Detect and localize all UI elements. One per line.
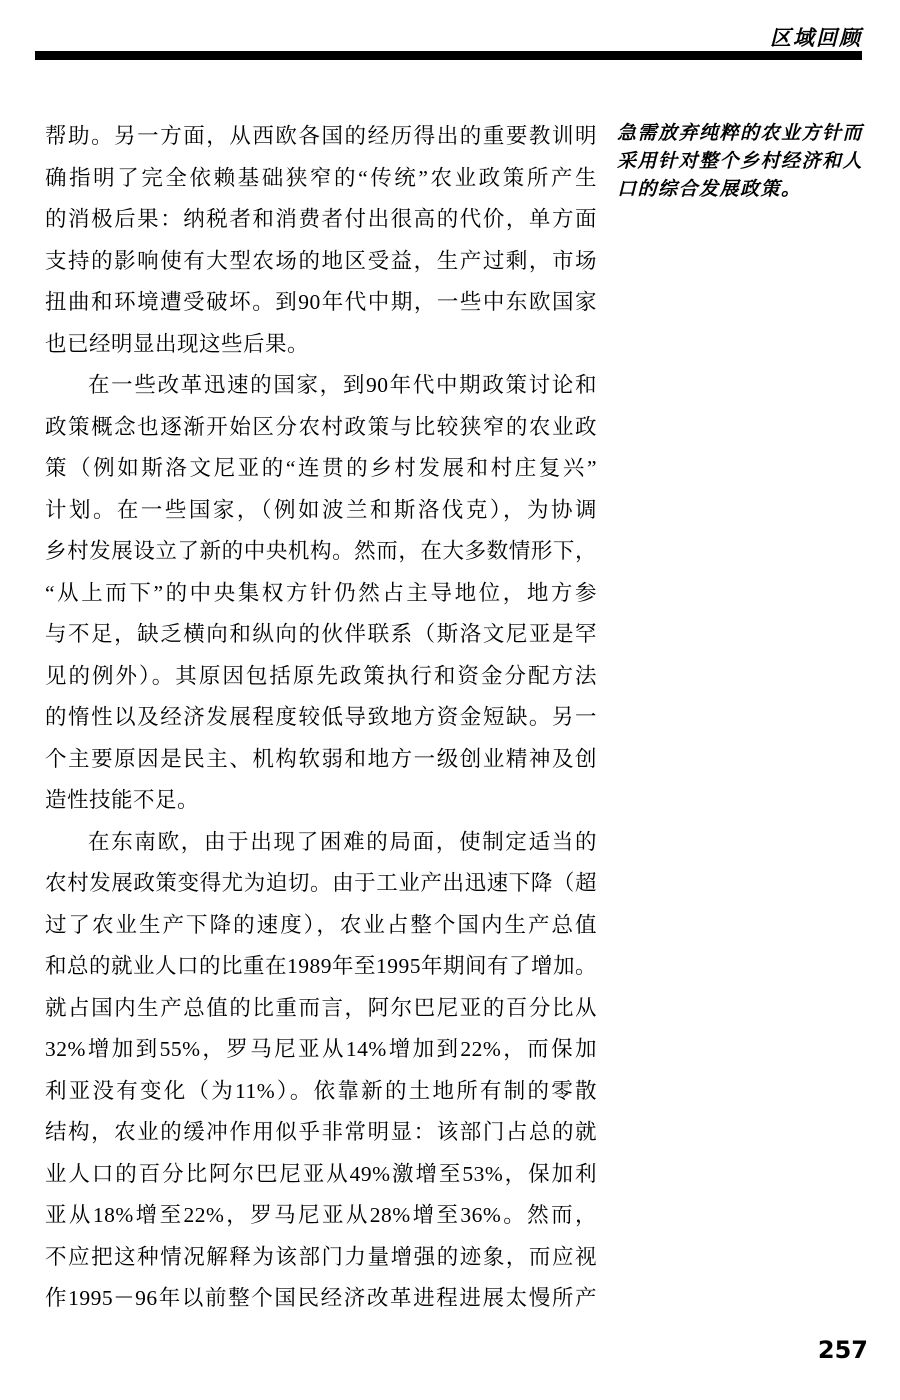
text-line: 确指明了完全依赖基础狭窄的“传统”农业政策所产生 xyxy=(45,158,597,200)
header-rule xyxy=(35,51,862,60)
text-line: 政策概念也逐渐开始区分农村政策与比较狭窄的农业政 xyxy=(45,407,597,449)
text-line: 见的例外）。其原因包括原先政策执行和资金分配方法 xyxy=(45,656,597,698)
text-line: 帮助。另一方面，从西欧各国的经历得出的重要教训明 xyxy=(45,116,597,158)
text-line: 扭曲和环境遭受破坏。到90年代中期，一些中东欧国家 xyxy=(45,282,597,324)
text-line: 作1995－96年以前整个国民经济改革进程进展太慢所产 xyxy=(45,1278,597,1320)
margin-note: 急需放弃纯粹的农业方针而 采用针对整个乡村经济和人 口的综合发展政策。 xyxy=(617,120,885,204)
text-line: 造性技能不足。 xyxy=(45,780,597,822)
text-line: 支持的影响使有大型农场的地区受益，生产过剩，市场 xyxy=(45,241,597,283)
paragraph-1: 帮助。另一方面，从西欧各国的经历得出的重要教训明 确指明了完全依赖基础狭窄的“传… xyxy=(45,116,597,365)
margin-note-line: 口的综合发展政策。 xyxy=(617,176,885,204)
text-line: 亚从18%增至22%，罗马尼亚从28%增至36%。然而， xyxy=(45,1195,597,1237)
text-line: 计划。在一些国家，（例如波兰和斯洛伐克），为协调 xyxy=(45,490,597,532)
page-number: 257 xyxy=(818,1336,868,1364)
text-line: 就占国内生产总值的比重而言，阿尔巴尼亚的百分比从 xyxy=(45,988,597,1030)
text-line: 和总的就业人口的比重在1989年至1995年期间有了增加。 xyxy=(45,946,597,988)
paragraph-2: 在一些改革迅速的国家，到90年代中期政策讨论和 政策概念也逐渐开始区分农村政策与… xyxy=(45,365,597,822)
document-page: 区域回顾 帮助。另一方面，从西欧各国的经历得出的重要教训明 确指明了完全依赖基础… xyxy=(0,0,900,1400)
text-line: 不应把这种情况解释为该部门力量增强的迹象，而应视 xyxy=(45,1237,597,1279)
paragraph-3: 在东南欧，由于出现了困难的局面，使制定适当的 农村发展政策变得尤为迫切。由于工业… xyxy=(45,822,597,1320)
running-head-title: 区域回顾 xyxy=(770,22,862,52)
text-line: 结构，农业的缓冲作用似乎非常明显：该部门占总的就 xyxy=(45,1112,597,1154)
text-line: 的惰性以及经济发展程度较低导致地方资金短缺。另一 xyxy=(45,697,597,739)
text-line: “从上而下”的中央集权方针仍然占主导地位，地方参 xyxy=(45,573,597,615)
text-line: 的消极后果：纳税者和消费者付出很高的代价，单方面 xyxy=(45,199,597,241)
text-line: 过了农业生产下降的速度），农业占整个国内生产总值 xyxy=(45,905,597,947)
body-text-column: 帮助。另一方面，从西欧各国的经历得出的重要教训明 确指明了完全依赖基础狭窄的“传… xyxy=(45,116,597,1320)
text-line: 乡村发展设立了新的中央机构。然而，在大多数情形下， xyxy=(45,531,597,573)
margin-note-line: 急需放弃纯粹的农业方针而 xyxy=(617,120,885,148)
text-line: 在一些改革迅速的国家，到90年代中期政策讨论和 xyxy=(45,365,597,407)
text-line: 策（例如斯洛文尼亚的“连贯的乡村发展和村庄复兴” xyxy=(45,448,597,490)
text-line: 利亚没有变化（为11%）。依靠新的土地所有制的零散 xyxy=(45,1071,597,1113)
text-line: 业人口的百分比阿尔巴尼亚从49%激增至53%，保加利 xyxy=(45,1154,597,1196)
text-line: 与不足，缺乏横向和纵向的伙伴联系（斯洛文尼亚是罕 xyxy=(45,614,597,656)
text-line: 农村发展政策变得尤为迫切。由于工业产出迅速下降（超 xyxy=(45,863,597,905)
text-line: 也已经明显出现这些后果。 xyxy=(45,324,597,366)
text-line: 32%增加到55%，罗马尼亚从14%增加到22%，而保加 xyxy=(45,1029,597,1071)
text-line: 个主要原因是民主、机构软弱和地方一级创业精神及创 xyxy=(45,739,597,781)
margin-note-line: 采用针对整个乡村经济和人 xyxy=(617,148,885,176)
text-line: 在东南欧，由于出现了困难的局面，使制定适当的 xyxy=(45,822,597,864)
